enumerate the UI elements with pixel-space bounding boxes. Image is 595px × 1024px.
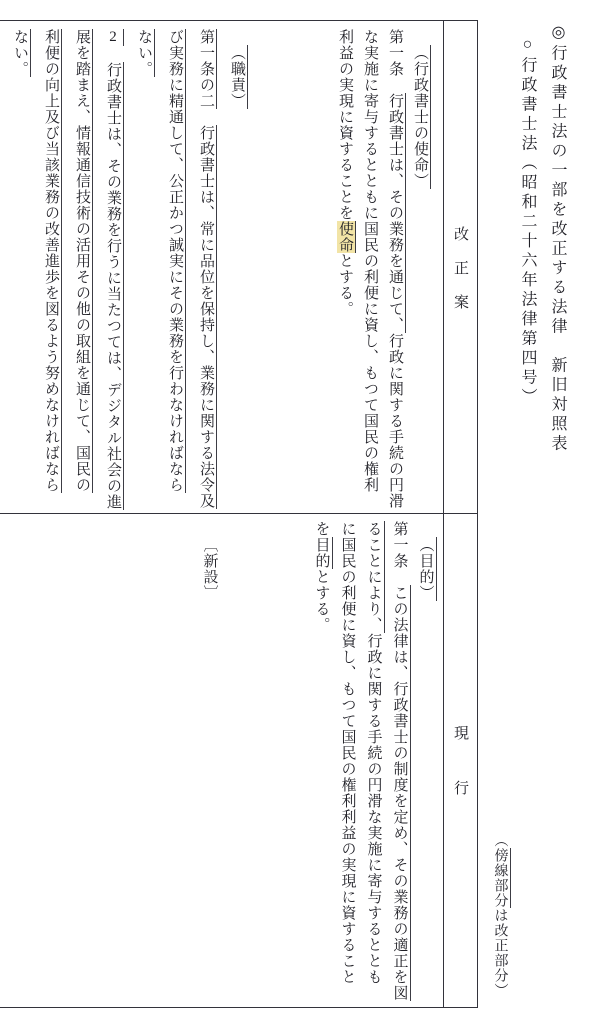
- text-column: び実務に精通して、公正かつ誠実にその業務を行わなければなら: [159, 29, 190, 510]
- text-column: （目的）: [412, 521, 438, 1001]
- text-column: 第一条 この法律は、行政書士の制度を定め、その業務の適正を図: [386, 521, 412, 1001]
- text-column: ることにより、行政に関する手続の円滑な実施に寄与するととも: [360, 521, 386, 1001]
- text-column: （傍線部分は改正部分）: [487, 833, 513, 998]
- current-column-header: 現行: [444, 513, 477, 1007]
- amended-mission-article: （行政書士の使命）第一条 行政書士は、その業務を通じて、行政に関する手続の円滑な…: [332, 29, 432, 509]
- text-column: 展を踏まえ、情報通信技術の活用その他の取組を通じて、国民の: [66, 29, 97, 510]
- text-column: に国民の利便に資し、もつて国民の権利利益の実現に資すること: [334, 521, 360, 1001]
- legend-note: （傍線部分は改正部分）: [487, 833, 513, 998]
- text-column: （行政書士の使命）: [407, 29, 432, 509]
- comparison-table: 改正案 現行 （行政書士の使命）第一条 行政書士は、その業務を通じて、行政に関す…: [0, 20, 478, 1008]
- text-column: 〔新設〕: [196, 521, 222, 601]
- text-column: （職責）: [221, 29, 252, 510]
- document-title: ◎行政書士法の一部を改正する法律 新旧対照表: [546, 22, 568, 454]
- current-header-label: 現行: [450, 685, 471, 835]
- amended-header-label: 改正案: [450, 207, 471, 328]
- text-column: ない。: [4, 29, 35, 510]
- current-purpose-article: （目的）第一条 この法律は、行政書士の制度を定め、その業務の適正を図ることにより…: [308, 521, 438, 1001]
- text-column: 第一条の二 行政書士は、常に品位を保持し、業務に関する法令及: [190, 29, 221, 510]
- amended-column-header: 改正案: [444, 21, 477, 513]
- text-column: 利益の実現に資することを使命とする。: [332, 29, 357, 509]
- document-subtitle: ○行政書士法（昭和二十六年法律第四号）: [516, 36, 538, 408]
- text-column: を目的とする。: [308, 521, 334, 1001]
- amended-duty-article: （職責）第一条の二 行政書士は、常に品位を保持し、業務に関する法令及び実務に精通…: [4, 29, 252, 510]
- amended-row: （行政書士の使命）第一条 行政書士は、その業務を通じて、行政に関する手続の円滑な…: [0, 21, 443, 513]
- current-row: （目的）第一条 この法律は、行政書士の制度を定め、その業務の適正を図ることにより…: [0, 513, 443, 1007]
- current-newly-established: 〔新設〕: [196, 521, 222, 601]
- text-column: な実施に寄与するとともに国民の利便に資し、もつて国民の権利: [357, 29, 382, 509]
- text-column: ない。: [128, 29, 159, 510]
- text-column: 第一条 行政書士は、その業務を通じて、行政に関する手続の円滑: [382, 29, 407, 509]
- text-column: 利便の向上及び当該業務の改善進歩を図るよう努めなければなら: [35, 29, 66, 510]
- text-column: 2 行政書士は、その業務を行うに当たつては、デジタル社会の進: [97, 29, 128, 510]
